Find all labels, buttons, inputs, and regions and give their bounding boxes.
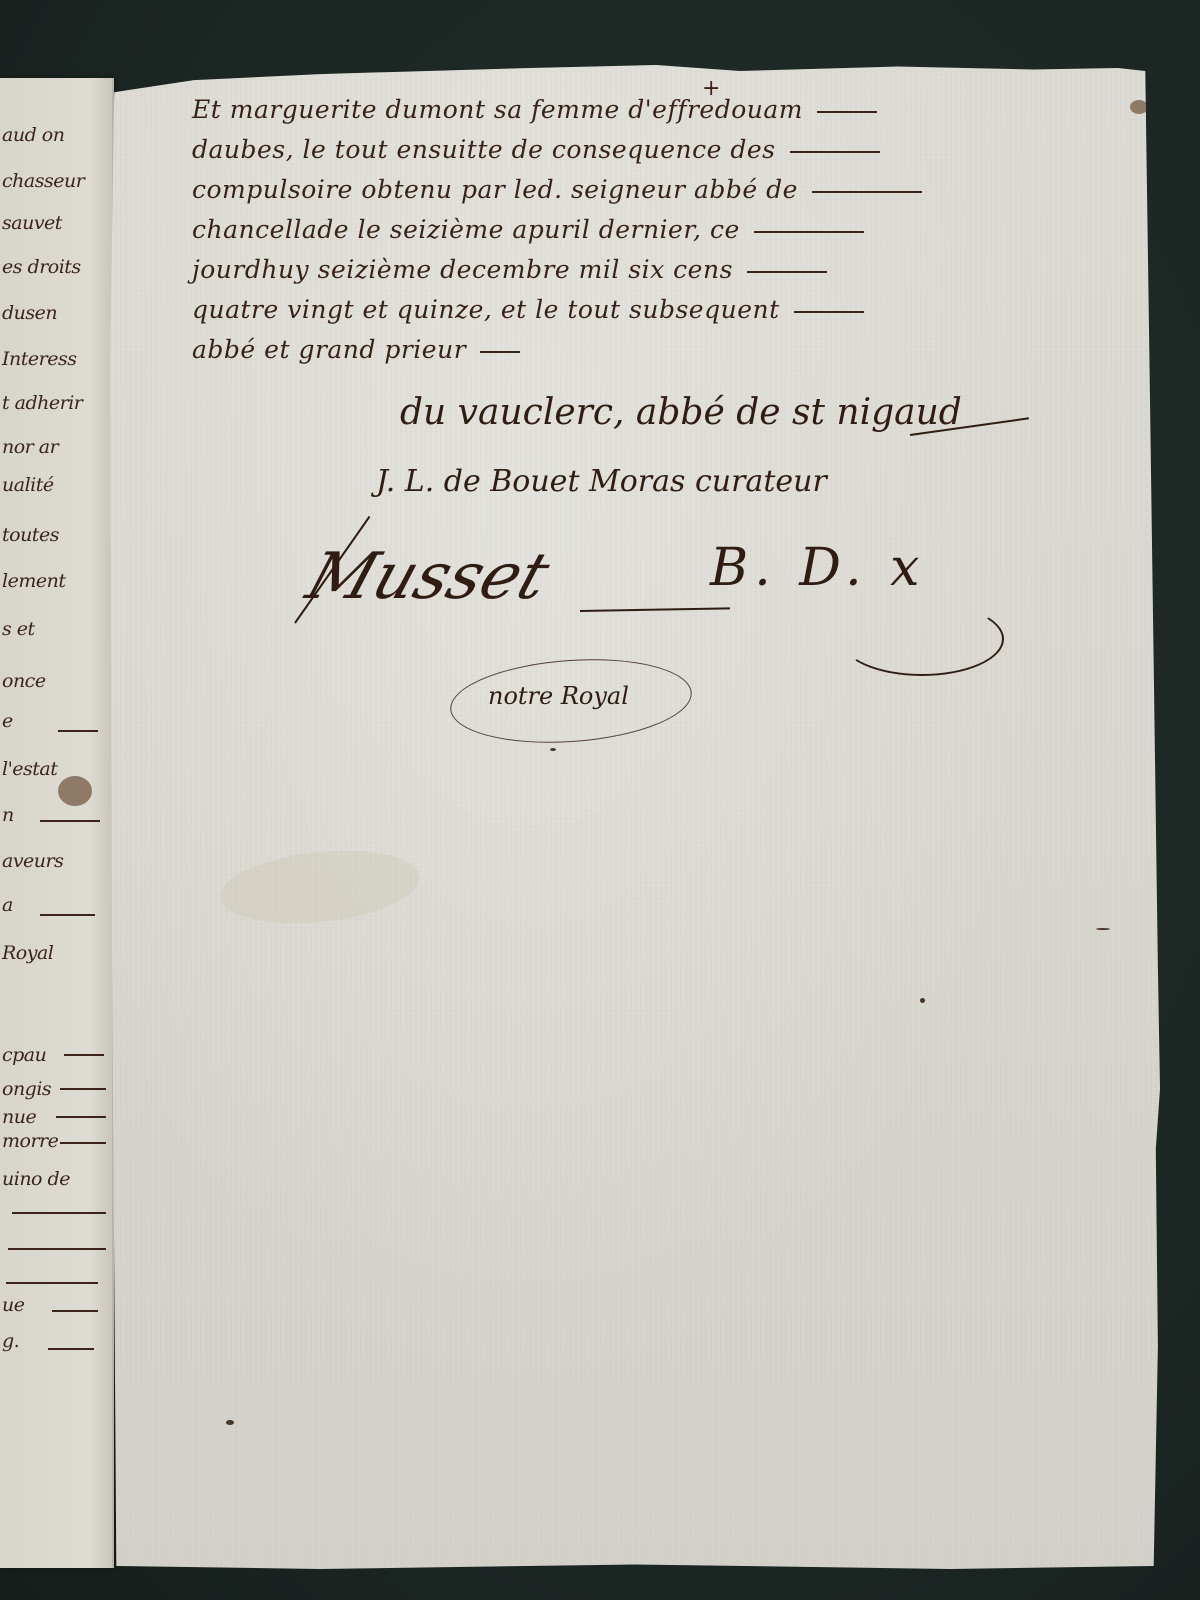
left-fragment: Royal [2,942,108,964]
left-fragment: lement [2,570,108,592]
left-fragment: ualité [2,474,108,496]
line-filler [754,231,864,233]
line-filler [790,151,880,153]
filler-dash [58,730,98,732]
filler-dash [8,1248,106,1250]
ink-speck [550,748,556,751]
manuscript-line: chancellade le seizième apuril dernier, … [192,210,1152,250]
filler-dash [60,1088,106,1090]
left-fragment: a [2,894,108,916]
left-facing-page: aud on chasseur sauvet es droits dusen I… [0,78,114,1568]
signature-abbot: du vauclerc, abbé de st nigaud [400,392,962,433]
manuscript-line: daubes, le tout ensuitte de consequence … [192,130,1152,170]
filler-dash [56,1116,106,1118]
ink-speck [226,1420,234,1425]
left-fragment: l'estat [2,758,108,780]
left-fragment: t adherir [2,392,108,414]
corner-stain [1130,100,1148,114]
signature-paraph [840,602,1004,676]
line-filler [812,191,922,193]
manuscript-page: + Et marguerite dumont sa femme d'effred… [110,62,1160,1572]
manuscript-line: abbé et grand prieur [192,330,1152,370]
signature-curator: J. L. de Bouet Moras curateur [376,464,827,499]
left-fragment: n [2,804,108,826]
left-fragment: uino de [2,1168,108,1190]
manuscript-text: + Et marguerite dumont sa femme d'effred… [192,76,1152,370]
filler-dash [60,1142,106,1144]
left-fragment: aud on [2,124,108,146]
signature-witness: B. D. x [710,538,926,598]
line-filler [817,111,877,113]
left-fragment: toutes [2,524,108,546]
manuscript-line: compulsoire obtenu par led. seigneur abb… [192,170,1152,210]
ink-stain [58,776,92,806]
left-fragment: Interess [2,348,108,370]
left-fragment: sauvet [2,212,108,234]
left-fragment: chasseur [2,170,108,192]
line-filler [794,311,864,313]
signature-notary: Musset [298,540,558,614]
left-fragment: ue [2,1294,108,1316]
manuscript-line: Et marguerite dumont sa femme d'effredou… [192,90,1152,130]
left-fragment: once [2,670,108,692]
filler-dash [40,820,100,822]
filler-dash [48,1348,94,1350]
left-fragment: aveurs [2,850,108,872]
ink-speck [1096,928,1110,930]
filler-dash [52,1310,98,1312]
filler-dash [64,1054,104,1056]
left-fragment: morre [2,1130,108,1152]
filler-dash [6,1282,98,1284]
left-fragment: dusen [2,302,108,324]
ink-speck [920,998,925,1003]
filler-dash [40,914,95,916]
line-filler [480,351,520,353]
notary-title: notre Royal [488,682,629,710]
left-fragment: s et [2,618,108,640]
line-filler [747,271,827,273]
left-fragment: es droits [2,256,108,278]
left-fragment: nor ar [2,436,108,458]
left-fragment: e [2,710,108,732]
filler-dash [12,1212,106,1214]
manuscript-line: quatre vingt et quinze, et le tout subse… [192,290,1152,330]
manuscript-line: jourdhuy seizième decembre mil six cens [192,250,1152,290]
